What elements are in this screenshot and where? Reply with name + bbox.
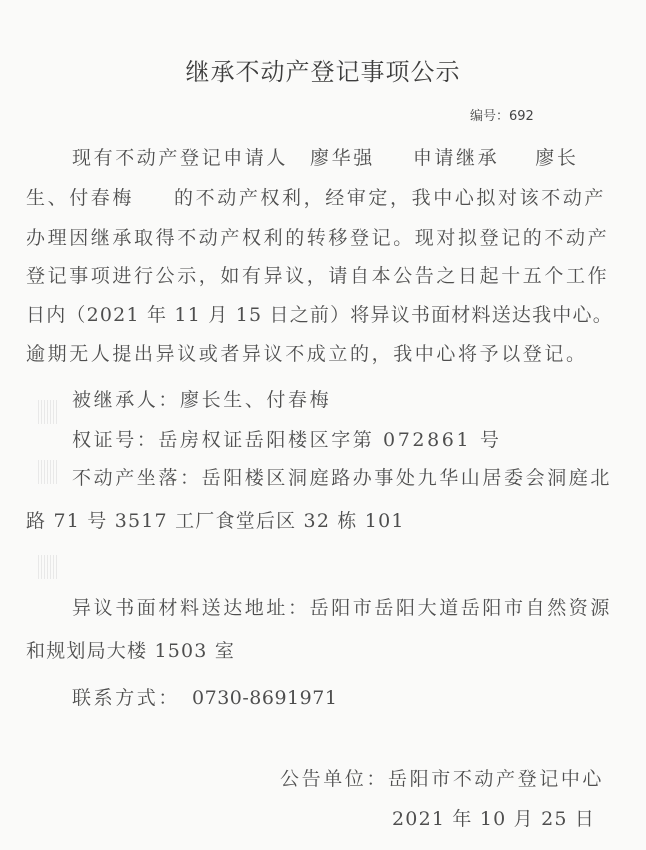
rights-text: 的不动产权利，经审定，我中心拟对该不动产 (174, 187, 606, 209)
document-title: 继承不动产登记事项公示 (0, 52, 646, 87)
location-value-line1: 岳阳楼区洞庭路办事处九华山居委会洞庭北 (202, 467, 612, 489)
issuer-label: 公告单位： (280, 768, 388, 790)
paragraph-line-6: 逾期无人提出异议或者异议不成立的，我中心将予以登记。 (26, 339, 588, 366)
decedent-name-part: 廖长 (535, 147, 578, 169)
location-label: 不动产坐落： (72, 467, 202, 489)
inherit-text: 申请继承 (413, 147, 499, 169)
contact-label: 联系方式： (72, 687, 180, 709)
scan-artifact (38, 460, 58, 484)
paragraph-line-4: 登记事项进行公示，如有异议，请自本公告之日起十五个工作 (26, 261, 609, 288)
decedent-field: 被继承人：廖长生、付春梅 (72, 385, 331, 412)
location-field: 不动产坐落：岳阳楼区洞庭路办事处九华山居委会洞庭北 (72, 463, 612, 490)
decedent-label: 被继承人： (72, 389, 180, 411)
paragraph-line-3: 办理因继承取得不动产权利的转移登记。现对拟登记的不动产 (26, 223, 609, 250)
issue-date: 2021 年 10 月 25 日 (392, 804, 595, 831)
decedent-name-rest: 生、付春梅 (26, 187, 134, 209)
objection-address-label: 异议书面材料送达地址： (72, 597, 310, 619)
certificate-field: 权证号：岳房权证岳阳楼区字第 072861 号 (72, 425, 501, 452)
scan-artifact (38, 555, 58, 579)
serial-value: 692 (509, 109, 534, 124)
contact-phone: 0730-8691971 (192, 687, 337, 709)
issuer-field: 公告单位：岳阳市不动产登记中心 (280, 764, 604, 791)
location-value-line2: 路 71 号 3517 工厂食堂后区 32 栋 101 (26, 506, 405, 533)
document-page: 继承不动产登记事项公示 编号：692 现有不动产登记申请人廖华强申请继承廖长 生… (0, 0, 646, 850)
scan-artifact (38, 400, 58, 424)
serial-number: 编号：692 (470, 105, 534, 124)
contact-field: 联系方式：0730-8691971 (72, 683, 337, 710)
paragraph-line-5: 日内（2021 年 11 月 15 日之前）将异议书面材料送达我中心。 (26, 300, 613, 327)
applicant-name: 廖华强 (310, 147, 375, 169)
certificate-value: 岳房权证岳阳楼区字第 072861 号 (158, 429, 501, 451)
serial-label: 编号： (470, 109, 509, 124)
issuer-value: 岳阳市不动产登记中心 (388, 768, 604, 790)
paragraph-line-1: 现有不动产登记申请人廖华强申请继承廖长 (72, 143, 578, 170)
certificate-label: 权证号： (72, 429, 158, 451)
intro-text: 现有不动产登记申请人 (72, 147, 288, 169)
objection-address-value-line2: 和规划局大楼 1503 室 (26, 636, 235, 663)
decedent-value: 廖长生、付春梅 (180, 389, 331, 411)
objection-address-field: 异议书面材料送达地址：岳阳市岳阳大道岳阳市自然资源 (72, 593, 612, 620)
objection-address-value-line1: 岳阳市岳阳大道岳阳市自然资源 (310, 597, 612, 619)
paragraph-line-2: 生、付春梅的不动产权利，经审定，我中心拟对该不动产 (26, 183, 606, 210)
